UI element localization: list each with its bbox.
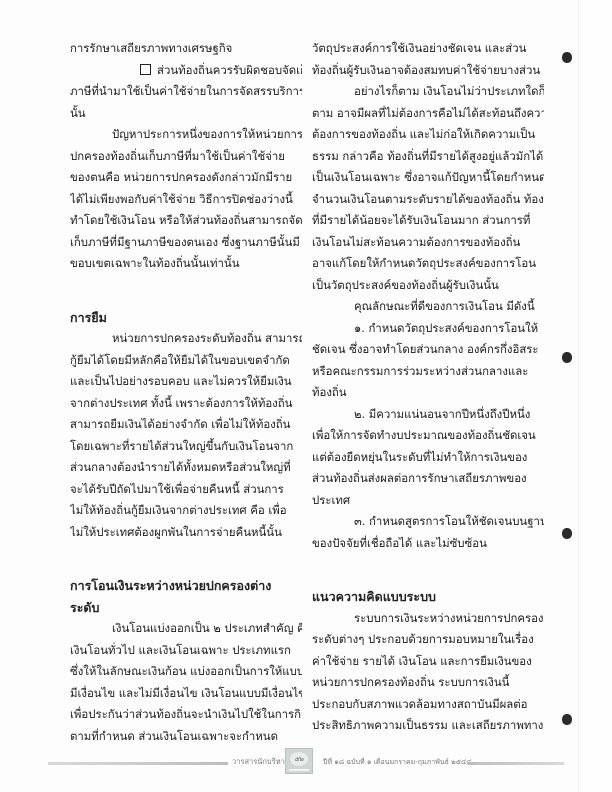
paragraph-line: หน่วยการปกครองท้องถิ่น ระบบการเงินนี้ (312, 672, 544, 694)
paragraph-line: ซึ่งให้ในลักษณะเงินก้อน แบ่งออกเป็นการให… (70, 661, 302, 683)
paragraph-line: อย่างไรก็ตาม เงินโอนไม่ว่าประเภทใดก็ (312, 81, 544, 103)
issue-info: ปีที่ ๑๘ ฉบับที่ ๑ เดือนมกราคม-กุมภาพันธ… (323, 757, 472, 768)
list-item-1-cont: ท้องถิ่น (312, 382, 544, 404)
text-line: นั้น (70, 103, 302, 125)
section-heading-transfer-cont: ระดับ (70, 597, 302, 619)
list-item-2-cont: ประเทศ (312, 490, 544, 512)
list-item-1-cont: หรือคณะกรรมการร่วมระหว่างส่วนกลางและ (312, 361, 544, 383)
paragraph-line: ระบบการเงินระหว่างหน่วยการปกครอง (312, 608, 544, 630)
page-footer: วารสารนักบริหาร ๕๒ ปีที่ ๑๘ ฉบับที่ ๑ เด… (0, 748, 612, 776)
list-item-2-cont: เพื่อให้การจัดทำงบประมาณของท้องถิ่นชัดเจ… (312, 425, 544, 447)
journal-name: วารสารนักบริหาร (232, 756, 289, 768)
paragraph-line: กู้ยืมได้โดยมีหลักคือให้ยืมได้ในขอบเขตจำ… (70, 350, 302, 372)
section-heading-systems: แนวความคิดแบบระบบ (312, 586, 544, 608)
paragraph-line: อาจแก้โดยให้กำหนดวัตถุประสงค์ของการโอน (312, 253, 544, 275)
list-item-3: ๓. กำหนดสูตรการโอนให้ชัดเจนบนฐาน (312, 511, 544, 533)
punch-hole-mark (562, 52, 572, 63)
bullet-text: ส่วนท้องถิ่นควรรับผิดชอบจัดเก็บ (157, 63, 302, 77)
paragraph-line: ท้องถิ่นผู้รับเงินอาจต้องสมทบค่าใช้จ่ายบ… (312, 60, 544, 82)
paragraph-line: ขอบเขตเฉพาะในท้องถิ่นนั้นเท่านั้น (70, 253, 302, 275)
paragraph-line: วัตถุประสงค์การใช้เงินอย่างชัดเจน และส่ว… (312, 38, 544, 60)
page-number: ๕๒ (290, 752, 308, 766)
paragraph-line: จะได้รับปีถัดไปมาใช้เพื่อจ่ายคืนหนี้ ส่ว… (70, 479, 302, 501)
paragraph-line: ปกครองท้องถิ่นเก็บภาษีที่มาใช้เป็นค่าใช้… (70, 146, 302, 168)
paragraph-line: ระดับต่างๆ ประกอบด้วยการมอบหมายในเรื่อง (312, 629, 544, 651)
paragraph-line: ได้ไม่เพียงพอกับค่าใช้จ่าย วิธีการปิดช่อ… (70, 189, 302, 211)
bullet-line: ส่วนท้องถิ่นควรรับผิดชอบจัดเก็บ (70, 60, 302, 82)
paragraph-line: ตามที่กำหนด ส่วนเงินโอนเฉพาะจะกำหนด (70, 726, 302, 748)
paragraph-line: ธรรม กล่าวคือ ท้องถิ่นที่มีรายได้สูงอยู่… (312, 146, 544, 168)
paragraph-line: ประสิทธิภาพความเป็นธรรม และเสถียรภาพทาง (312, 715, 544, 737)
punch-hole-mark (562, 714, 572, 725)
paragraph-line: หน่วยการปกครองระดับท้องถิ่น สามารถ (70, 328, 302, 350)
spacer (312, 554, 544, 584)
punch-hole-mark (562, 528, 572, 539)
page-number-logo-icon: ๕๒ (285, 748, 313, 774)
paragraph-line: ต้องการของท้องถิ่น และไม่ก่อให้เกิดความเ… (312, 124, 544, 146)
paragraph-line: เพื่อประกันว่าส่วนท้องถิ่นจะนำเงินไปใช้ใ… (70, 704, 302, 726)
paragraph-line: เงินโอนไม่สะท้อนความต้องการของท้องถิ่น (312, 232, 544, 254)
right-column: วัตถุประสงค์การใช้เงินอย่างชัดเจน และส่ว… (312, 38, 544, 737)
paragraph-line: มีเงื่อนไข และไม่มีเงื่อนไข เงินโอนแบบมี… (70, 683, 302, 705)
paragraph-line: ค่าใช้จ่าย รายได้ เงินโอน และการยืมเงินข… (312, 651, 544, 673)
paragraph-line: ส่วนกลางต้องนำรายได้ทั้งหมดหรือส่วนใหญ่ท… (70, 457, 302, 479)
paragraph-line: ไม่ให้ท้องถิ่นกู้ยืมเงินจากต่างประเทศ คื… (70, 500, 302, 522)
logo-bar (289, 769, 309, 771)
page-margin (578, 0, 612, 792)
section-heading-borrowing: การยืม (70, 307, 302, 329)
spacer (70, 275, 302, 305)
paragraph-line: ไม่ให้ประเทศต้องผูกพันในการจ่ายคืนหนี้นั… (70, 522, 302, 544)
list-item-2-cont: แต่ต้องยืดหยุ่นในระดับที่ไม่ทำให้การเงิน… (312, 447, 544, 469)
text-line: ภาษีที่นำมาใช้เป็นค่าใช้จ่ายในการจัดสรรบ… (70, 81, 302, 103)
paragraph-line: จำนวนเงินโอนตามระดับรายได้ของท้องถิ่น ท้… (312, 189, 544, 211)
paragraph-line: เป็นเงินโอนเฉพาะ ซึ่งอาจแก้ปัญหานี้โดยกำ… (312, 167, 544, 189)
paragraph-line: คุณลักษณะที่ดีของการเงินโอน มีดังนี้ (312, 296, 544, 318)
paragraph-line: เป็นวัตถุประสงค์ของท้องถิ่นผู้รับเงินนั้… (312, 275, 544, 297)
paragraph-line: จากต่างประเทศ ทั้งนี้ เพราะต้องการให้ท้อ… (70, 393, 302, 415)
list-item-1-cont: ชัดเจน ซึ่งอาจทำโดยส่วนกลาง องค์กรกึ่งอิ… (312, 339, 544, 361)
text-line: การรักษาเสถียรภาพทางเศรษฐกิจ (70, 38, 302, 60)
paragraph-line: ทำโดยใช้เงินโอน หรือให้ส่วนท้องถิ่นสามาร… (70, 210, 302, 232)
paragraph-line: ที่มีรายได้น้อยจะได้รับเงินโอนมาก ส่วนกา… (312, 210, 544, 232)
list-item-2-cont: ส่วนท้องถิ่นส่งผลต่อการรักษาเสถียรภาพของ (312, 468, 544, 490)
paragraph-line: และเป็นไปอย่างรอบคอบ และไม่ควรให้ยืมเงิน (70, 371, 302, 393)
paragraph-line: ประกอบกับสภาพแวดล้อมทางสถาบันมีผลต่อ (312, 694, 544, 716)
paragraph-line: ตาม อาจมีผลที่ไม่ต้องการคือไม่ได้สะท้อนถ… (312, 103, 544, 125)
left-column: การรักษาเสถียรภาพทางเศรษฐกิจ ส่วนท้องถิ่… (70, 38, 302, 747)
footer-rule-right (468, 762, 564, 765)
checkbox-bullet-icon (140, 64, 151, 75)
punch-hole-mark (562, 352, 572, 363)
paragraph-line: เงินโอนทั่วไป และเงินโอนเฉพาะ ประเภทแรก (70, 640, 302, 662)
paragraph-line: ของตนคือ หน่วยการปกครองดังกล่าวมักมีราย (70, 167, 302, 189)
paragraph-line: ปัญหาประการหนึ่งของการให้หน่วยการ (70, 124, 302, 146)
paragraph-line: สามารถยืมเงินได้อย่างจำกัด เพื่อไม่ให้ท้… (70, 414, 302, 436)
list-item-1: ๑. กำหนดวัตถุประสงค์ของการโอนให้ (312, 318, 544, 340)
paragraph-line: เงินโอนแบ่งออกเป็น ๒ ประเภทสำคัญ คือ (70, 618, 302, 640)
list-item-3-cont: ของปัจจัยที่เชื่อถือได้ และไม่ซับซ้อน (312, 533, 544, 555)
spacer (70, 543, 302, 573)
footer-rule-left (48, 762, 228, 765)
section-heading-transfer: การโอนเงินระหว่างหน่วยปกครองต่าง (70, 575, 302, 597)
list-item-2: ๒. มีความแน่นอนจากปีหนึ่งถึงปีหนึ่ง (312, 404, 544, 426)
paragraph-line: เก็บภาษีที่มีฐานภาษีของตนเอง ซึ่งฐานภาษี… (70, 232, 302, 254)
paragraph-line: โดยเฉพาะที่รายได้ส่วนใหญ่ขึ้นกับเงินโอนจ… (70, 436, 302, 458)
